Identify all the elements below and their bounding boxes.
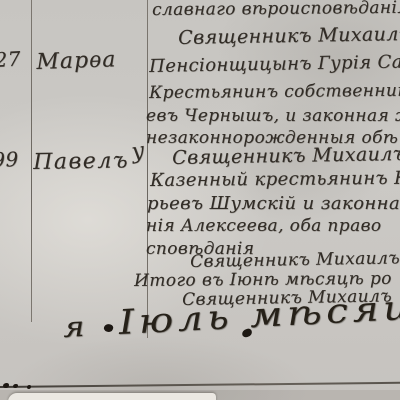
column-rule-left — [31, 0, 32, 322]
handwritten-line-priest-signature: Священникъ Михаилъ — [178, 23, 400, 49]
handwritten-line: рьевъ Шумскій и законная — [147, 193, 400, 214]
next-page-corner — [8, 393, 216, 400]
ink-blot — [27, 385, 31, 389]
entry-name-2: Павелъ — [33, 148, 129, 175]
document-scan: 27 99 Марѳа Павелъ славнаго вѣроисповѣда… — [0, 0, 400, 400]
handwritten-line: Казенный крестьянинъ Ю — [150, 168, 400, 191]
entry-name-1: Марѳа — [36, 47, 117, 75]
margin-check-mark: у — [130, 138, 147, 165]
handwritten-line: нія Алексеева, оба право — [146, 216, 382, 236]
handwritten-line: Пенсіонщицынъ Гурія Са — [149, 52, 400, 77]
ink-blot — [241, 328, 253, 338]
handwritten-line: славнаго вѣроисповѣданія — [152, 0, 400, 20]
scrawl-prefix: я — [62, 310, 90, 344]
handwritten-line-priest-signature: Священникъ Михаилъ — [172, 143, 400, 169]
entry-number-1: 27 — [0, 47, 21, 72]
entry-number-2: 99 — [0, 147, 19, 172]
bottom-page-rule — [0, 382, 400, 388]
handwritten-line: евъ Чернышъ, и законная жена — [146, 106, 400, 126]
handwritten-line: Крестьянинъ собственникъ — [149, 81, 400, 103]
